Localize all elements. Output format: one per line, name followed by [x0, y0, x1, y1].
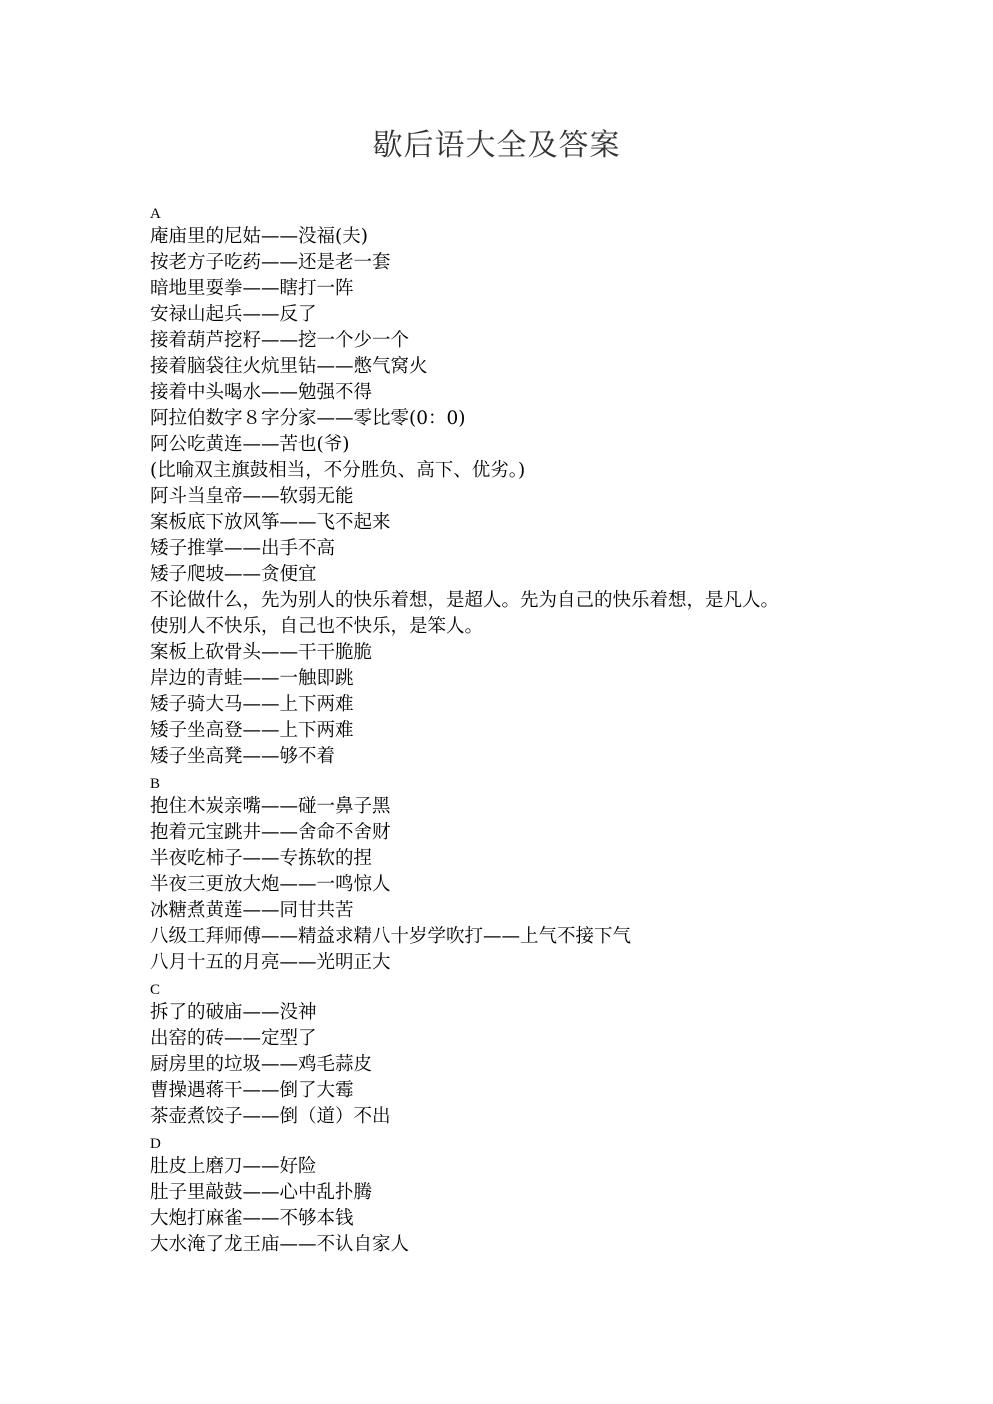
proverb-line: 曹操遇蒋干——倒了大霉: [150, 1078, 870, 1104]
proverb-line: 半夜三更放大炮——一鸣惊人: [150, 872, 870, 898]
proverb-line: 八级工拜师傅——精益求精八十岁学吹打——上气不接下气: [150, 924, 870, 950]
proverb-line: 案板上砍骨头——干干脆脆: [150, 640, 870, 666]
proverb-line: 出窑的砖——定型了: [150, 1026, 870, 1052]
document-body: A 庵庙里的尼姑——没福(夫) 按老方子吃药——还是老一套 暗地里耍拳——瞎打一…: [150, 204, 870, 1258]
section-a: A 庵庙里的尼姑——没福(夫) 按老方子吃药——还是老一套 暗地里耍拳——瞎打一…: [150, 204, 870, 770]
quote-line: 不论做什么，先为别人的快乐着想，是超人。先为自己的快乐着想，是凡人。: [150, 588, 870, 614]
proverb-line: 安禄山起兵——反了: [150, 302, 870, 328]
proverb-line: 接着中头喝水——勉强不得: [150, 380, 870, 406]
proverb-line: 肚子里敲鼓——心中乱扑腾: [150, 1180, 870, 1206]
proverb-line: 暗地里耍拳——瞎打一阵: [150, 276, 870, 302]
proverb-line: 庵庙里的尼姑——没福(夫): [150, 224, 870, 250]
proverb-line: 肚皮上磨刀——好险: [150, 1154, 870, 1180]
proverb-line: 岸边的青蛙——一触即跳: [150, 666, 870, 692]
proverb-line: 阿斗当皇帝——软弱无能: [150, 484, 870, 510]
proverb-line: 矮子坐高登——上下两难: [150, 718, 870, 744]
proverb-line: 接着葫芦挖籽——挖一个少一个: [150, 328, 870, 354]
proverb-line: 案板底下放风筝——飞不起来: [150, 510, 870, 536]
proverb-line: 按老方子吃药——还是老一套: [150, 250, 870, 276]
section-b: B 抱住木炭亲嘴——碰一鼻子黑 抱着元宝跳井——舍命不舍财 半夜吃柿子——专拣软…: [150, 774, 870, 976]
section-c: C 拆了的破庙——没神 出窑的砖——定型了 厨房里的垃圾——鸡毛蒜皮 曹操遇蒋干…: [150, 980, 870, 1130]
section-heading: B: [150, 774, 870, 794]
proverb-line: 茶壶煮饺子——倒（道）不出: [150, 1104, 870, 1130]
proverb-line: 厨房里的垃圾——鸡毛蒜皮: [150, 1052, 870, 1078]
proverb-line: 抱着元宝跳井——舍命不舍财: [150, 820, 870, 846]
proverb-line: 矮子骑大马——上下两难: [150, 692, 870, 718]
quote-line: 使别人不快乐，自己也不快乐，是笨人。: [150, 614, 870, 640]
proverb-line: 半夜吃柿子——专拣软的捏: [150, 846, 870, 872]
proverb-line: 大炮打麻雀——不够本钱: [150, 1206, 870, 1232]
proverb-line: 八月十五的月亮——光明正大: [150, 950, 870, 976]
section-heading: A: [150, 204, 870, 224]
proverb-line: 拆了的破庙——没神: [150, 1000, 870, 1026]
proverb-note: (比喻双主旗鼓相当，不分胜负、高下、优劣。): [150, 458, 870, 484]
section-heading: D: [150, 1134, 870, 1154]
proverb-line: 抱住木炭亲嘴——碰一鼻子黑: [150, 794, 870, 820]
proverb-line: 阿公吃黄连——苦也(爷): [150, 432, 870, 458]
proverb-line: 大水淹了龙王庙——不认自家人: [150, 1232, 870, 1258]
proverb-line: 阿拉伯数字８字分家——零比零(0：0): [150, 406, 870, 432]
proverb-line: 冰糖煮黄莲——同甘共苦: [150, 898, 870, 924]
proverb-line: 矮子坐高凳——够不着: [150, 744, 870, 770]
proverb-line: 矮子爬坡——贪便宜: [150, 562, 870, 588]
page-title: 歇后语大全及答案: [0, 126, 993, 166]
proverb-line: 矮子推掌——出手不高: [150, 536, 870, 562]
proverb-line: 接着脑袋往火炕里钻——憋气窝火: [150, 354, 870, 380]
section-d: D 肚皮上磨刀——好险 肚子里敲鼓——心中乱扑腾 大炮打麻雀——不够本钱 大水淹…: [150, 1134, 870, 1258]
section-heading: C: [150, 980, 870, 1000]
